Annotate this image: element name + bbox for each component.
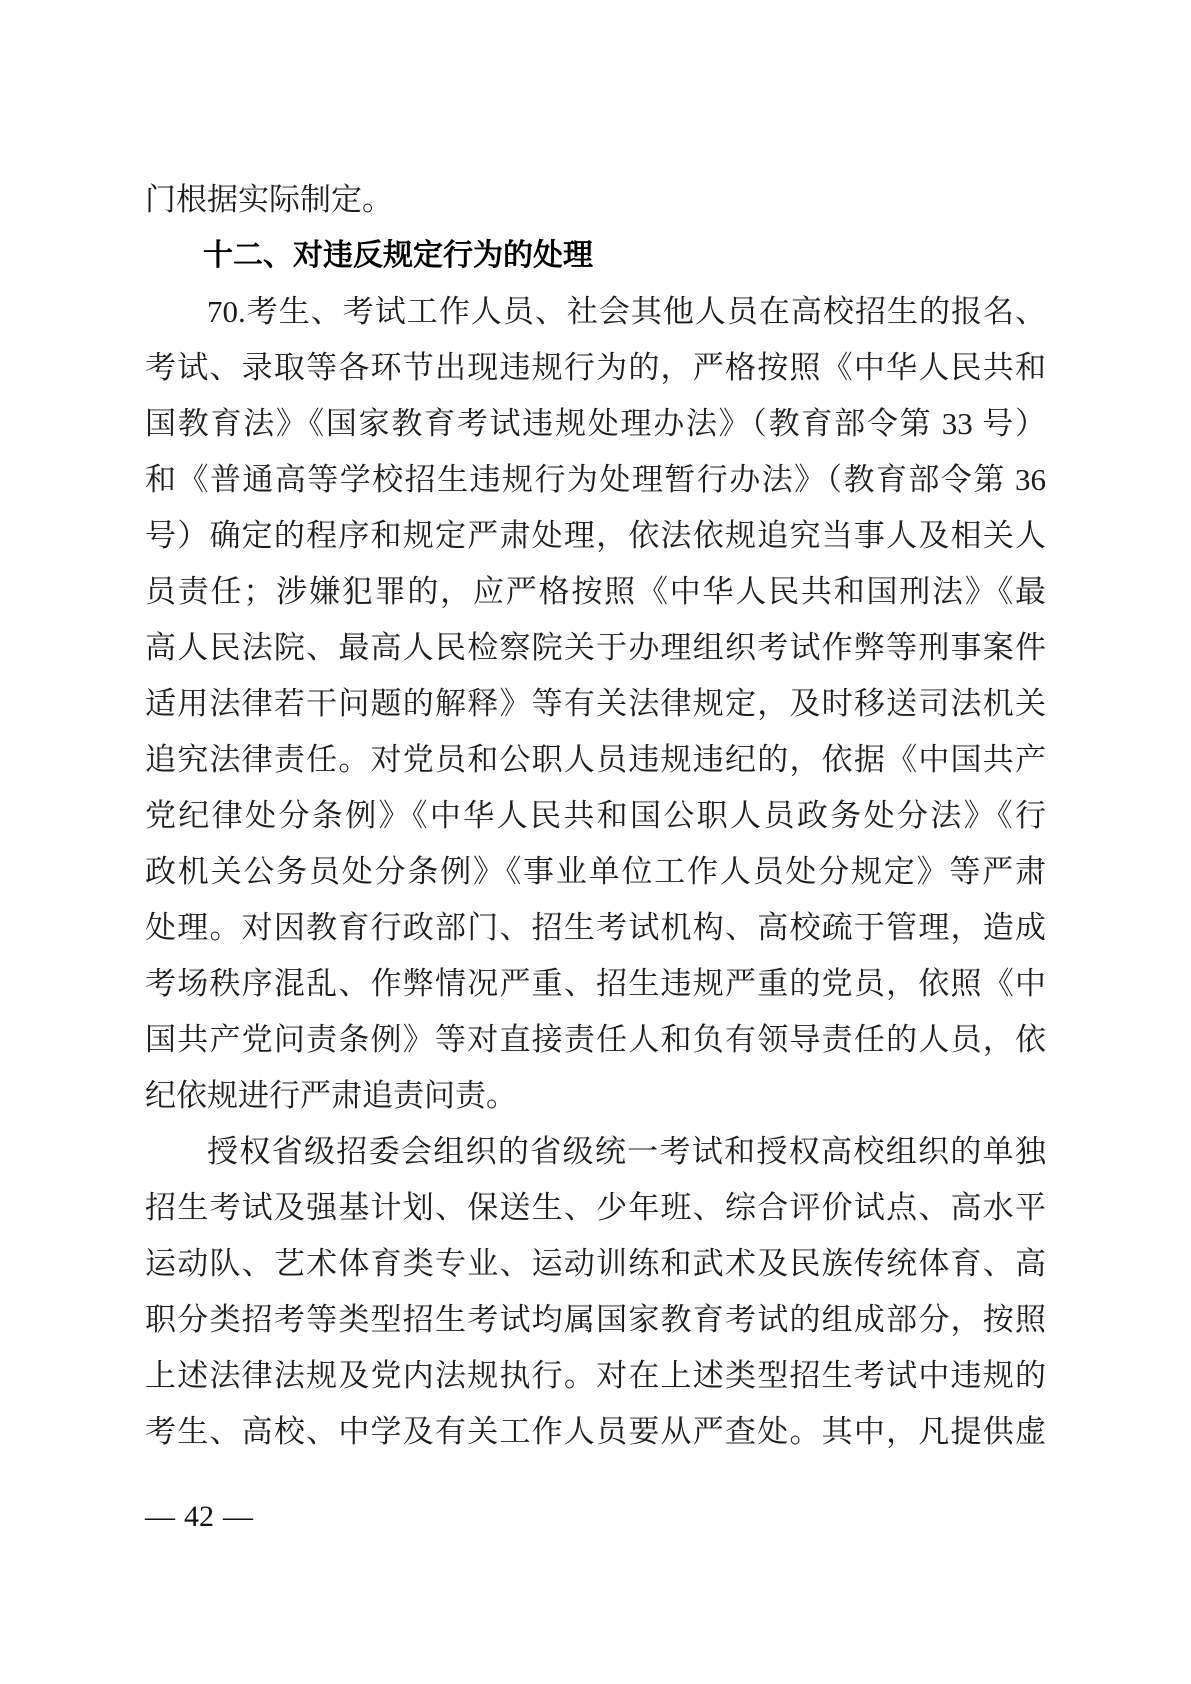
section-heading: 十二、对违反规定行为的处理 xyxy=(145,228,1046,284)
text-line: 考生、高校、中学及有关工作人员要从严查处。其中，凡提供虚 xyxy=(145,1404,1046,1460)
text-line: 高人民法院、最高人民检察院关于办理组织考试作弊等刑事案件 xyxy=(145,620,1046,676)
text-line: 职分类招考等类型招生考试均属国家教育考试的组成部分，按照 xyxy=(145,1292,1046,1348)
text-line: 门根据实际制定。 xyxy=(145,172,1046,228)
text-line: 运动队、艺术体育类专业、运动训练和武术及民族传统体育、高 xyxy=(145,1236,1046,1292)
footer-right-dash: — xyxy=(223,1500,253,1533)
text-line: 授权省级招委会组织的省级统一考试和授权高校组织的单独 xyxy=(145,1124,1046,1180)
text-line: 处理。对因教育行政部门、招生考试机构、高校疏于管理，造成 xyxy=(145,900,1046,956)
text-line: 适用法律若干问题的解释》等有关法律规定，及时移送司法机关 xyxy=(145,676,1046,732)
document-body: 门根据实际制定。 十二、对违反规定行为的处理 70.考生、考试工作人员、社会其他… xyxy=(145,172,1046,1460)
text-line: 考试、录取等各环节出现违规行为的，严格按照《中华人民共和 xyxy=(145,340,1046,396)
page-number: 42 xyxy=(184,1500,214,1533)
text-line: 纪依规进行严肃追责问责。 xyxy=(145,1068,1046,1124)
page-footer: —42— xyxy=(145,1497,253,1537)
text-line: 追究法律责任。对党员和公职人员违规违纪的，依据《中国共产 xyxy=(145,732,1046,788)
text-line: 上述法律法规及党内法规执行。对在上述类型招生考试中违规的 xyxy=(145,1348,1046,1404)
text-line: 党纪律处分条例》《中华人民共和国公职人员政务处分法》《行 xyxy=(145,788,1046,844)
text-line: 国教育法》《国家教育考试违规处理办法》（教育部令第 33 号） xyxy=(145,396,1046,452)
text-line: 政机关公务员处分条例》《事业单位工作人员处分规定》等严肃 xyxy=(145,844,1046,900)
text-line: 招生考试及强基计划、保送生、少年班、综合评价试点、高水平 xyxy=(145,1180,1046,1236)
text-line: 和《普通高等学校招生违规行为处理暂行办法》（教育部令第 36 xyxy=(145,452,1046,508)
text-line: 国共产党问责条例》等对直接责任人和负有领导责任的人员，依 xyxy=(145,1012,1046,1068)
text-line: 员责任；涉嫌犯罪的，应严格按照《中华人民共和国刑法》《最 xyxy=(145,564,1046,620)
text-line: 号）确定的程序和规定严肃处理，依法依规追究当事人及相关人 xyxy=(145,508,1046,564)
text-line: 70.考生、考试工作人员、社会其他人员在高校招生的报名、 xyxy=(145,284,1046,340)
footer-left-dash: — xyxy=(145,1500,175,1533)
text-line: 考场秩序混乱、作弊情况严重、招生违规严重的党员，依照《中 xyxy=(145,956,1046,1012)
document-page: 门根据实际制定。 十二、对违反规定行为的处理 70.考生、考试工作人员、社会其他… xyxy=(0,0,1191,1684)
